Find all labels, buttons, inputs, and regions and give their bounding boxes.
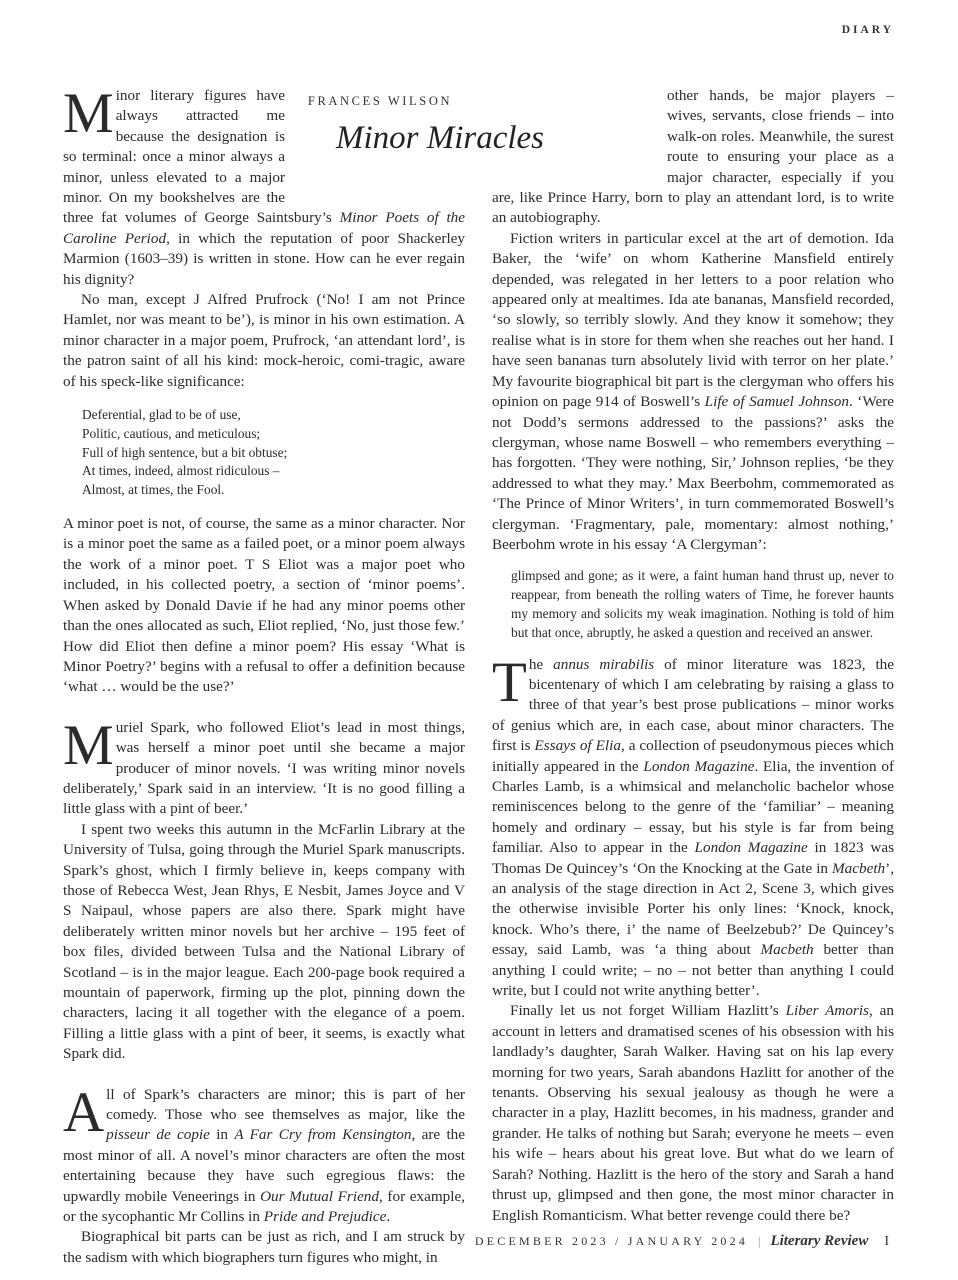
block-quote: glimpsed and gone; as it were, a faint h…: [511, 567, 894, 642]
drop-cap: M: [63, 90, 114, 136]
drop-cap: T: [492, 659, 527, 705]
poem-line: At times, indeed, almost ridiculous –: [82, 462, 465, 481]
paragraph: A minor poet is not, of course, the same…: [63, 514, 465, 698]
poem-line: Almost, at times, the Fool.: [82, 481, 465, 500]
section-label: DIARY: [842, 24, 894, 36]
paragraph: Muriel Spark, who followed Eliot’s lead …: [63, 718, 465, 820]
drop-cap: M: [63, 722, 114, 768]
poem-line: Politic, cautious, and meticulous;: [82, 425, 465, 444]
paragraph: Fiction writers in particular excel at t…: [492, 229, 894, 556]
paragraph: Finally let us not forget William Hazlit…: [492, 1001, 894, 1225]
journal-name: Literary Review: [770, 1233, 868, 1250]
right-column: other hands, be major players – wives, s…: [492, 86, 894, 1226]
footer-separator: |: [758, 1234, 760, 1249]
paragraph: All of Spark’s characters are minor; thi…: [63, 1085, 465, 1228]
heading-spacer: [492, 86, 667, 186]
page-footer: DECEMBER 2023 / JANUARY 2024 | Literary …: [475, 1233, 889, 1250]
paragraph: I spent two weeks this autumn in the McF…: [63, 820, 465, 1065]
page-number: I: [884, 1234, 889, 1250]
left-column: FRANCES WILSON Minor Miracles Minor lite…: [63, 86, 465, 1268]
poem-quote: Deferential, glad to be of use, Politic,…: [82, 406, 465, 500]
poem-line: Full of high sentence, but a bit obtuse;: [82, 444, 465, 463]
paragraph: Biographical bit parts can be just as ri…: [63, 1227, 465, 1268]
poem-line: Deferential, glad to be of use,: [82, 406, 465, 425]
article-heading: FRANCES WILSON Minor Miracles: [295, 86, 465, 190]
author-name: FRANCES WILSON: [295, 91, 465, 111]
paragraph: No man, except J Alfred Prufrock (‘No! I…: [63, 290, 465, 392]
issue-date: DECEMBER 2023 / JANUARY 2024: [475, 1234, 748, 1249]
paragraph: The annus mirabilis of minor literature …: [492, 655, 894, 1002]
drop-cap: A: [63, 1089, 104, 1135]
